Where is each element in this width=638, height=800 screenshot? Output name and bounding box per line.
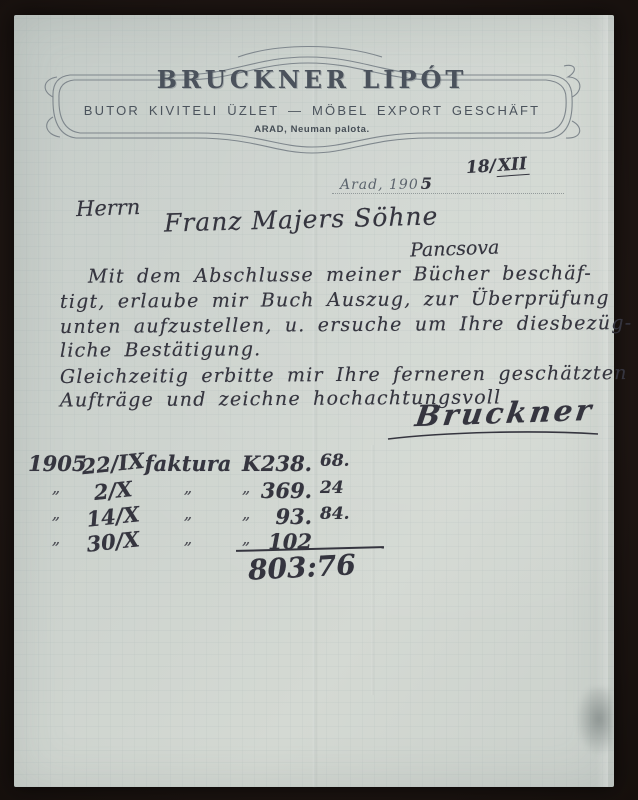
ledger-item-ditto: „ — [140, 504, 236, 523]
dateline-rule — [332, 193, 564, 194]
salutation: Herrn — [76, 195, 141, 221]
company-address: ARAD, Neuman palota. — [38, 124, 586, 135]
dateline-month: XII — [495, 154, 529, 177]
ledger-year-ditto: „ — [28, 504, 84, 523]
ledger-row: „ 2/X „ „ 369. 24 — [14, 478, 614, 504]
ledger-row: „ 14/X „ „ 93. 84. — [14, 504, 614, 530]
corner-fold-shadow — [560, 687, 612, 767]
body-line: Gleichzeitig erbitte mir Ihre ferneren g… — [60, 362, 628, 388]
dateline-printed: Arad, 1905 — [340, 174, 433, 193]
body-line: unten aufzustellen, u. ersuche um Ihre d… — [60, 312, 632, 338]
ledger-total: 803:76 — [247, 548, 356, 587]
dateline-day: 18/ — [465, 156, 496, 178]
recipient-name: Franz Majers Söhne — [164, 201, 439, 237]
document-paper: BRUCKNER LIPÓT BUTOR KIVITELI ÜZLET — MÖ… — [14, 15, 614, 787]
body-line: tigt, erlaube mir Buch Auszug, zur Überp… — [60, 287, 610, 313]
ledger-item-ditto: „ — [140, 529, 236, 548]
dateline-year-handwritten: 5 — [421, 174, 433, 193]
company-subtitle: BUTOR KIVITELI ÜZLET — MÖBEL EXPORT GESC… — [38, 103, 586, 118]
company-name: BRUCKNER LIPÓT — [38, 65, 586, 94]
ledger-cents: 84. — [320, 504, 364, 524]
ledger-year-ditto: „ — [28, 478, 84, 497]
ledger-date: 30/X — [79, 526, 147, 558]
ledger-amount: 369. — [254, 478, 312, 503]
dateline-day-month: 18/XII — [465, 154, 529, 178]
signature-underline — [386, 428, 602, 442]
ledger-amount: 238. — [254, 451, 312, 476]
ledger-amount: 93. — [254, 504, 312, 529]
ledger-row: 1905 22/IX faktura K 238. 68. — [14, 451, 614, 477]
ledger-cents: 24 — [320, 478, 364, 498]
ledger-year-ditto: „ — [28, 529, 84, 548]
art-nouveau-frame-ornament — [38, 33, 586, 165]
dateline-place: Arad, 190 — [340, 177, 419, 193]
ledger-item-ditto: „ — [140, 478, 236, 497]
recipient-city: Pancsova — [410, 236, 500, 261]
body-line: Mit dem Abschlusse meiner Bücher beschäf… — [60, 262, 592, 288]
letterhead: BRUCKNER LIPÓT BUTOR KIVITELI ÜZLET — MÖ… — [38, 33, 586, 165]
photo-background: BRUCKNER LIPÓT BUTOR KIVITELI ÜZLET — MÖ… — [0, 0, 638, 800]
ledger-cents: 68. — [320, 451, 364, 471]
ledger-year: 1905 — [28, 451, 84, 476]
ledger-item: faktura — [140, 451, 236, 476]
paper-edge-highlight — [596, 15, 608, 787]
body-line: liche Bestätigung. — [60, 338, 262, 361]
